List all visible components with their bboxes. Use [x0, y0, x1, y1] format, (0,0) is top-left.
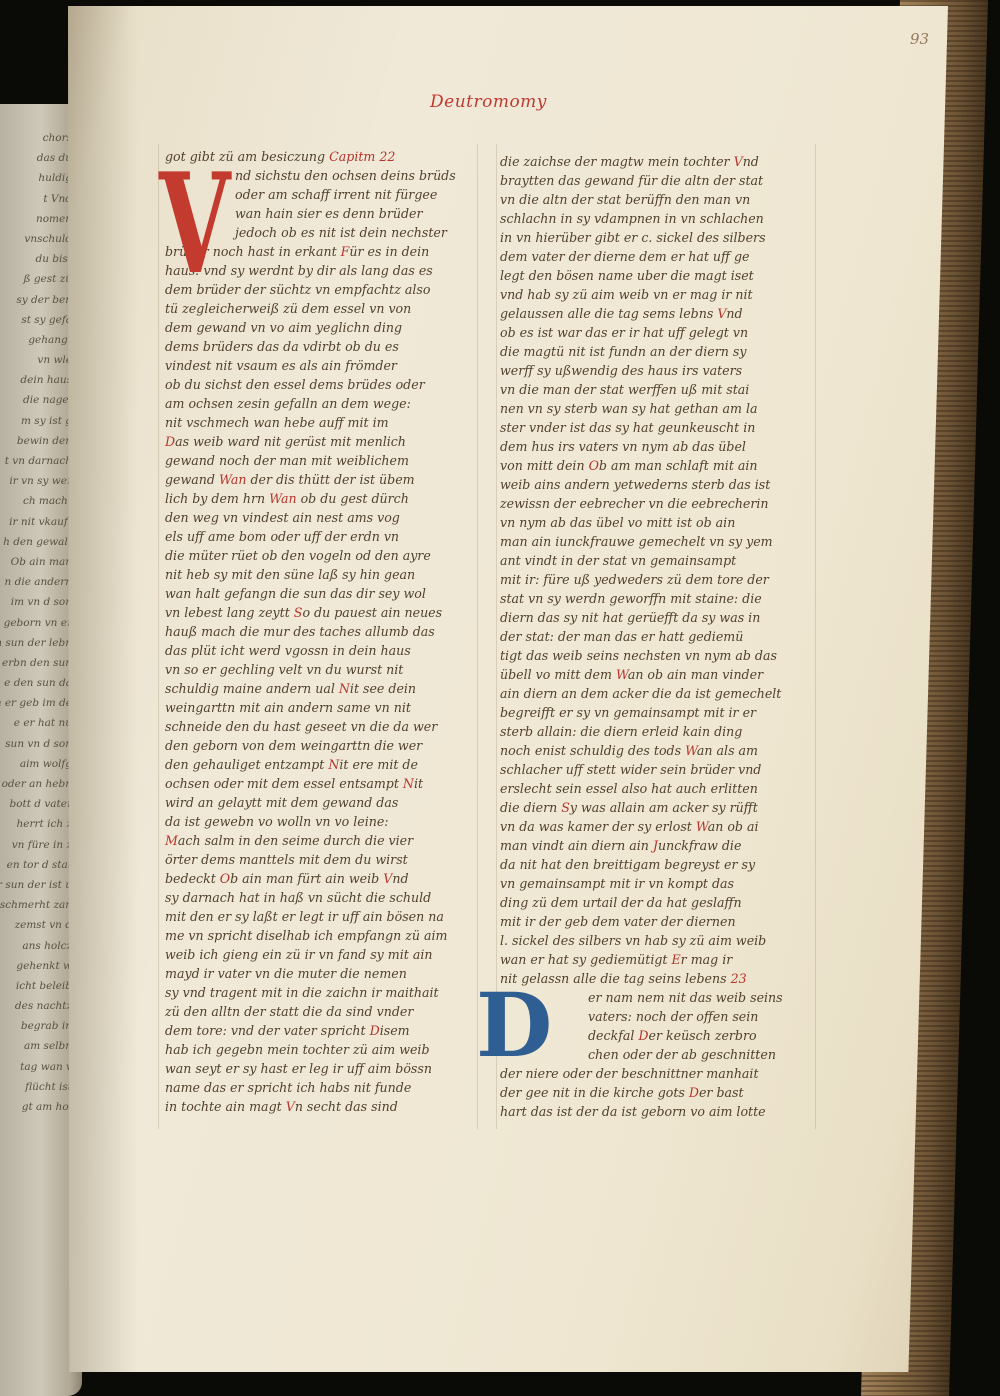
verso-text-fragment: sy der ben: [0, 290, 72, 310]
verso-text-fragment: zemst vn d: [0, 915, 72, 935]
verso-text-fragment: r schmerht zan: [0, 895, 72, 915]
manuscript-line: dem vater der dierne dem er hat uff ge: [500, 247, 813, 266]
folio-number: 93: [910, 30, 929, 48]
manuscript-line: hauß mach die mur des taches allumb das: [165, 622, 475, 641]
manuscript-line: dem tore: vnd der vater spricht Disem: [165, 1021, 475, 1040]
column-ruling-line: [477, 144, 478, 1129]
drop-cap: V: [165, 166, 235, 242]
verso-text-fragment: e den sun da: [0, 673, 72, 693]
manuscript-line: da ist gewebn vo wolln vn vo leine:: [165, 812, 475, 831]
manuscript-line: erslecht sein essel also hat auch erlitt…: [500, 779, 813, 798]
manuscript-line: gelaussen alle die tag sems lebns Vnd: [500, 304, 813, 323]
manuscript-line: me vn spricht diselhab ich empfangn zü a…: [165, 926, 475, 945]
verso-text-fragment: nomen: [0, 209, 72, 229]
verso-text-fragment: chors: [0, 128, 72, 148]
verso-text-fragment: ans holcz: [0, 936, 72, 956]
verso-text-fragment: vn wle: [0, 350, 72, 370]
manuscript-line: ant vindt in der stat vn gemainsampt: [500, 551, 813, 570]
manuscript-line: schlacher uff stett wider sein brüder vn…: [500, 760, 813, 779]
manuscript-line: die magtü nit ist fundn an der diern sy: [500, 342, 813, 361]
manuscript-line: name das er spricht ich habs nit funde: [165, 1078, 475, 1097]
column-ruling-line: [815, 144, 816, 1129]
verso-text-fragment: gehenkt w: [0, 956, 72, 976]
verso-text-fragment: aim wolfg: [0, 754, 72, 774]
verso-text-fragment: begrab in: [0, 1016, 72, 1036]
manuscript-line: weib ich gieng ein zü ir vn fand sy mit …: [165, 945, 475, 964]
manuscript-line: vn da was kamer der sy erlost Wan ob ai: [500, 817, 813, 836]
manuscript-line: gewand noch der man mit weiblichem: [165, 451, 475, 470]
verso-text-fragment: r sun der ist u: [0, 875, 72, 895]
manuscript-line: der gee nit in die kirche gots Der bast: [500, 1083, 813, 1102]
verso-text-fragment: vnschuld: [0, 229, 72, 249]
manuscript-line: wan er hat sy gediemütigt Er mag ir: [500, 950, 813, 969]
verso-text-fragment: h den gewalt: [0, 532, 72, 552]
manuscript-line: man ain iunckfrauwe gemechelt vn sy yem: [500, 532, 813, 551]
manuscript-line: nit vschmech wan hebe auff mit im: [165, 413, 475, 432]
manuscript-line: schlachn in sy vdampnen in vn schlachen: [500, 209, 813, 228]
verso-text-fragment: gehangt: [0, 330, 72, 350]
manuscript-line: mit ir: füre uß yedweders zü dem tore de…: [500, 570, 813, 589]
manuscript-line: da nit hat den breittigam begreyst er sy: [500, 855, 813, 874]
manuscript-line: zewissn der eebrecher vn die eebrecherin: [500, 494, 813, 513]
verso-text-fragment: icht beleib: [0, 976, 72, 996]
verso-text-fragment: des nachtz: [0, 996, 72, 1016]
verso-text-fragment: vn füre in z: [0, 835, 72, 855]
manuscript-line: noch enist schuldig des tods Wan als am: [500, 741, 813, 760]
manuscript-line: tü zegleicherweiß zü dem essel vn von: [165, 299, 475, 318]
manuscript-line: els uff ame bom oder uff der erdn vn: [165, 527, 475, 546]
verso-text-fragment: im vn d son: [0, 592, 72, 612]
manuscript-line: vnd hab sy zü aim weib vn er mag ir nit: [500, 285, 813, 304]
manuscript-line: haus: vnd sy werdnt by dir als lang das …: [165, 261, 475, 280]
manuscript-line: vn lebest lang zeytt So du pauest ain ne…: [165, 603, 475, 622]
verso-text-fragment: gt am hol: [0, 1097, 72, 1117]
verso-text-fragment: ir vn sy wer: [0, 471, 72, 491]
manuscript-line: vindest nit vsaum es als ain frömder: [165, 356, 475, 375]
verso-text-fragment: die nagel: [0, 390, 72, 410]
manuscript-line: lich by dem hrn Wan ob du gest dürch: [165, 489, 475, 508]
manuscript-line: gewand Wan der dis thütt der ist übem: [165, 470, 475, 489]
manuscript-line: vn die man der stat werffen uß mit stai: [500, 380, 813, 399]
manuscript-line: weingarttn mit ain andern same vn nit: [165, 698, 475, 717]
verso-text-fragment: ß gest zü: [0, 269, 72, 289]
manuscript-line: diern das sy nit hat gerüefft da sy was …: [500, 608, 813, 627]
manuscript-line: man vindt ain diern ain Junckfraw die: [500, 836, 813, 855]
gutter-shadow: [68, 6, 138, 1372]
verso-text-fragment: flücht ist: [0, 1077, 72, 1097]
manuscript-line: der niere oder der beschnittner manhait: [500, 1064, 813, 1083]
manuscript-line: vn so er gechling velt vn du wurst nit: [165, 660, 475, 679]
manuscript-line: den weg vn vindest ain nest ams vog: [165, 508, 475, 527]
manuscript-line: die müter rüet ob den vogeln od den ayre: [165, 546, 475, 565]
manuscript-line: ob es ist war das er ir hat uff gelegt v…: [500, 323, 813, 342]
manuscript-line: braytten das gewand für die altn der sta…: [500, 171, 813, 190]
manuscript-line: hart das ist der da ist geborn vo aim lo…: [500, 1102, 813, 1121]
manuscript-line: Mach salm in den seime durch die vier: [165, 831, 475, 850]
manuscript-line: der stat: der man das er hatt gediemü: [500, 627, 813, 646]
verso-text-fragment: bewin den: [0, 431, 72, 451]
manuscript-line: werff sy ußwendig des haus irs vaters: [500, 361, 813, 380]
text-column-right: die zaichse der magtw mein tochter Vndbr…: [500, 152, 813, 1121]
manuscript-line: wird an gelaytt mit dem gewand das: [165, 793, 475, 812]
verso-text-fragment: huldig: [0, 168, 72, 188]
manuscript-line: mayd ir vater vn die muter die nemen: [165, 964, 475, 983]
verso-text-fragment: ein sun der lebn: [0, 633, 72, 653]
manuscript-line: ster vnder ist das sy hat geunkeuscht in: [500, 418, 813, 437]
manuscript-line: die zaichse der magtw mein tochter Vnd: [500, 152, 813, 171]
manuscript-line: got gibt zü am besiczung Capitm 22: [165, 147, 475, 166]
manuscript-line: ain diern an dem acker die da ist gemech…: [500, 684, 813, 703]
text-column-left: got gibt zü am besiczung Capitm 22Vnd si…: [165, 147, 475, 1116]
photograph-background: chorsdas duhuldigt Vndnomenvnschulddu bi…: [0, 0, 1000, 1396]
manuscript-line: in tochte ain magt Vn secht das sind: [165, 1097, 475, 1116]
manuscript-line: wan halt gefangn die sun das dir sey wol: [165, 584, 475, 603]
verso-text-fragment: bott d vater: [0, 794, 72, 814]
column-ruling-line: [158, 144, 159, 1129]
manuscript-line: sterb allain: die diern erleid kain ding: [500, 722, 813, 741]
verso-text-fragment: n die andern: [0, 572, 72, 592]
drop-cap: D: [500, 988, 588, 1064]
manuscript-line: sy vnd tragent mit in die zaichn ir mait…: [165, 983, 475, 1002]
manuscript-line: nit heb sy mit den süne laß sy hin gean: [165, 565, 475, 584]
drop-cap-initial-d: D: [476, 986, 552, 1064]
verso-text-fragment: ir nit vkauft: [0, 512, 72, 532]
column-ruling-line: [496, 144, 497, 1129]
manuscript-line: örter dems manttels mit dem du wirst: [165, 850, 475, 869]
manuscript-line: von mitt dein Ob am man schlaft mit ain: [500, 456, 813, 475]
manuscript-line: den geborn von dem weingarttn die wer: [165, 736, 475, 755]
verso-text-fragment: n er geb im de: [0, 693, 72, 713]
manuscript-line: ding zü dem urtail der da hat geslaffn: [500, 893, 813, 912]
manuscript-line: schneide den du hast geseet vn die da we…: [165, 717, 475, 736]
verso-text-fragment: m sy ist g: [0, 411, 72, 431]
verso-text-fragment: t Vnd: [0, 189, 72, 209]
manuscript-line: mit ir der geb dem vater der diernen: [500, 912, 813, 931]
verso-text-fragment: das du: [0, 148, 72, 168]
manuscript-page: Deutromomy 93 got gibt zü am besiczung C…: [68, 6, 948, 1372]
manuscript-line: stat vn sy werdn geworffn mit staine: di…: [500, 589, 813, 608]
manuscript-line: bedeckt Ob ain man fürt ain weib Vnd: [165, 869, 475, 888]
verso-text-fragment: ch macht: [0, 491, 72, 511]
manuscript-line: hab ich gegebn mein tochter zü aim weib: [165, 1040, 475, 1059]
manuscript-line: vn gemainsampt mit ir vn kompt das: [500, 874, 813, 893]
manuscript-line: in vn hierüber gibt er c. sickel des sil…: [500, 228, 813, 247]
manuscript-line: Das weib ward nit gerüst mit menlich: [165, 432, 475, 451]
manuscript-line: dems brüders das da vdirbt ob du es: [165, 337, 475, 356]
manuscript-line: dem gewand vn vo aim yeglichn ding: [165, 318, 475, 337]
manuscript-line: brüder noch hast in erkant Für es in dei…: [165, 242, 475, 261]
verso-text-fragment: e er hat nu: [0, 713, 72, 733]
verso-text-fragment: am selbn: [0, 1036, 72, 1056]
verso-text-fragment: dein haus: [0, 370, 72, 390]
manuscript-line: nit gelassn alle die tag seins lebens 23: [500, 969, 813, 988]
verso-text-fragment: du bist: [0, 249, 72, 269]
manuscript-line: nen vn sy sterb wan sy hat gethan am la: [500, 399, 813, 418]
manuscript-line: am ochsen zesin gefalln an dem wege:: [165, 394, 475, 413]
verso-text-fragment: en tor d stat: [0, 855, 72, 875]
manuscript-line: wan seyt er sy hast er leg ir uff aim bö…: [165, 1059, 475, 1078]
manuscript-line: l. sickel des silbers vn hab sy zü aim w…: [500, 931, 813, 950]
verso-text-fragment: tag wan v: [0, 1057, 72, 1077]
verso-text-fragment: st sy gefa: [0, 310, 72, 330]
running-header: Deutromomy: [430, 92, 547, 112]
manuscript-line: dem hus irs vaters vn nym ab das übel: [500, 437, 813, 456]
manuscript-line: das plüt icht werd vgossn in dein haus: [165, 641, 475, 660]
manuscript-line: ob du sichst den essel dems brüdes oder: [165, 375, 475, 394]
verso-text-fragment: Ob ain man: [0, 552, 72, 572]
verso-text-fragment: oder an hebn: [0, 774, 72, 794]
manuscript-line: den gehauliget entzampt Nit ere mit de: [165, 755, 475, 774]
manuscript-line: mit den er sy laßt er legt ir uff ain bö…: [165, 907, 475, 926]
manuscript-line: vn die altn der stat berüffn den man vn: [500, 190, 813, 209]
verso-text-fragment: geborn vn er: [0, 613, 72, 633]
verso-text-fragment: herrt ich z: [0, 814, 72, 834]
manuscript-line: sy darnach hat in haß vn sücht die schul…: [165, 888, 475, 907]
manuscript-line: zü den alltn der statt die da sind vnder: [165, 1002, 475, 1021]
manuscript-line: begreifft er sy vn gemainsampt mit ir er: [500, 703, 813, 722]
verso-text-fragment: sun vn d son: [0, 734, 72, 754]
manuscript-line: tigt das weib seins nechsten vn nym ab d…: [500, 646, 813, 665]
manuscript-line: ochsen oder mit dem essel entsampt Nit: [165, 774, 475, 793]
manuscript-line: dem brüder der süchtz vn empfachtz also: [165, 280, 475, 299]
manuscript-line: schuldig maine andern ual Nit see dein: [165, 679, 475, 698]
manuscript-line: legt den bösen name uber die magt iset: [500, 266, 813, 285]
verso-text-fragment: t vn darnach: [0, 451, 72, 471]
verso-text-fragment: erbn den sun: [0, 653, 72, 673]
manuscript-line: vn nym ab das übel vo mitt ist ob ain: [500, 513, 813, 532]
manuscript-line: übell vo mitt dem Wan ob ain man vinder: [500, 665, 813, 684]
manuscript-line: weib ains andern yetwederns sterb das is…: [500, 475, 813, 494]
manuscript-line: die diern Sy was allain am acker sy rüff…: [500, 798, 813, 817]
